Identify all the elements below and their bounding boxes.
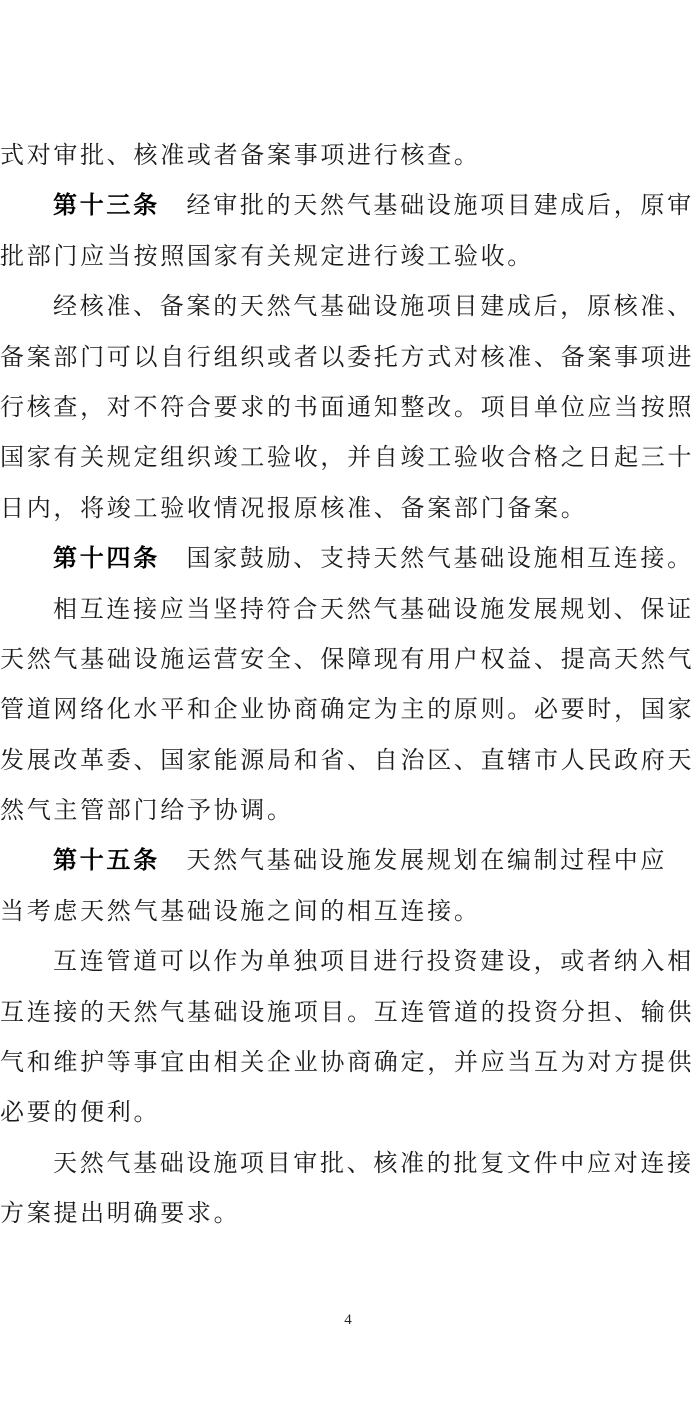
- line-text: 批部门应当按照国家有关规定进行竣工验收。: [0, 242, 534, 270]
- line-text: 天然气基础设施运营安全、保障现有用户权益、提高天然气: [0, 645, 694, 673]
- line-text: 天然气基础设施发展规划在编制过程中应: [187, 846, 668, 874]
- line-text: 行核查，对不符合要求的书面通知整改。项目单位应当按照: [0, 393, 694, 421]
- text-line: 批部门应当按照国家有关规定进行竣工验收。: [0, 231, 696, 281]
- text-line: 日内，将竣工验收情况报原核准、备案部门备案。: [0, 483, 696, 533]
- paragraph-start-line: 天然气基础设施项目审批、核准的批复文件中应对连接: [0, 1138, 696, 1188]
- document-page: 式对审批、核准或者备案事项进行核查。 第十三条经审批的天然气基础设施项目建成后，…: [0, 130, 696, 1239]
- line-text: 国家鼓励、支持天然气基础设施相互连接。: [187, 544, 694, 572]
- line-text: 国家有关规定组织竣工验收，并自竣工验收合格之日起三十: [0, 443, 694, 471]
- text-line: 气和维护等事宜由相关企业协商确定，并应当互为对方提供: [0, 1037, 696, 1087]
- line-text: 经核准、备案的天然气基础设施项目建成后，原核准、: [53, 292, 694, 320]
- paragraph-start-line: 经核准、备案的天然气基础设施项目建成后，原核准、: [0, 281, 696, 331]
- line-text: 必要的便利。: [0, 1098, 160, 1126]
- article-number: 第十三条: [53, 190, 160, 219]
- article-number: 第十五条: [53, 845, 160, 874]
- line-text: 然气主管部门给予协调。: [0, 796, 294, 824]
- text-line: 备案部门可以自行组织或者以委托方式对核准、备案事项进: [0, 332, 696, 382]
- line-text: 式对审批、核准或者备案事项进行核查。: [0, 141, 481, 169]
- text-line: 行核查，对不符合要求的书面通知整改。项目单位应当按照: [0, 382, 696, 432]
- line-text: 发展改革委、国家能源局和省、自治区、直辖市人民政府天: [0, 746, 694, 774]
- line-text: 备案部门可以自行组织或者以委托方式对核准、备案事项进: [0, 343, 694, 371]
- text-line: 天然气基础设施运营安全、保障现有用户权益、提高天然气: [0, 634, 696, 684]
- line-text: 相互连接应当坚持符合天然气基础设施发展规划、保证: [53, 595, 694, 623]
- paragraph-start-line: 相互连接应当坚持符合天然气基础设施发展规划、保证: [0, 584, 696, 634]
- paragraph-start-line: 互连管道可以作为单独项目进行投资建设，或者纳入相: [0, 936, 696, 986]
- text-line: 发展改革委、国家能源局和省、自治区、直辖市人民政府天: [0, 735, 696, 785]
- line-text: 管道网络化水平和企业协商确定为主的原则。必要时，国家: [0, 695, 694, 723]
- text-line: 管道网络化水平和企业协商确定为主的原则。必要时，国家: [0, 684, 696, 734]
- text-line: 当考虑天然气基础设施之间的相互连接。: [0, 886, 696, 936]
- line-text: 互连管道可以作为单独项目进行投资建设，或者纳入相: [53, 947, 694, 975]
- text-line: 式对审批、核准或者备案事项进行核查。: [0, 130, 696, 180]
- line-text: 经审批的天然气基础设施项目建成后，原审: [187, 191, 694, 219]
- article-heading-line: 第十三条经审批的天然气基础设施项目建成后，原审: [0, 180, 696, 230]
- line-text: 方案提出明确要求。: [0, 1199, 240, 1227]
- line-text: 天然气基础设施项目审批、核准的批复文件中应对连接: [53, 1149, 694, 1177]
- line-text: 气和维护等事宜由相关企业协商确定，并应当互为对方提供: [0, 1048, 694, 1076]
- text-line: 然气主管部门给予协调。: [0, 785, 696, 835]
- text-line: 国家有关规定组织竣工验收，并自竣工验收合格之日起三十: [0, 432, 696, 482]
- text-line: 互连接的天然气基础设施项目。互连管道的投资分担、输供: [0, 987, 696, 1037]
- article-number: 第十四条: [53, 543, 160, 572]
- text-line: 必要的便利。: [0, 1087, 696, 1137]
- line-text: 互连接的天然气基础设施项目。互连管道的投资分担、输供: [0, 998, 694, 1026]
- line-text: 日内，将竣工验收情况报原核准、备案部门备案。: [0, 494, 587, 522]
- text-line: 方案提出明确要求。: [0, 1188, 696, 1238]
- line-text: 当考虑天然气基础设施之间的相互连接。: [0, 897, 481, 925]
- page-number: 4: [0, 1312, 696, 1329]
- article-heading-line: 第十五条天然气基础设施发展规划在编制过程中应: [0, 835, 696, 885]
- article-heading-line: 第十四条国家鼓励、支持天然气基础设施相互连接。: [0, 533, 696, 583]
